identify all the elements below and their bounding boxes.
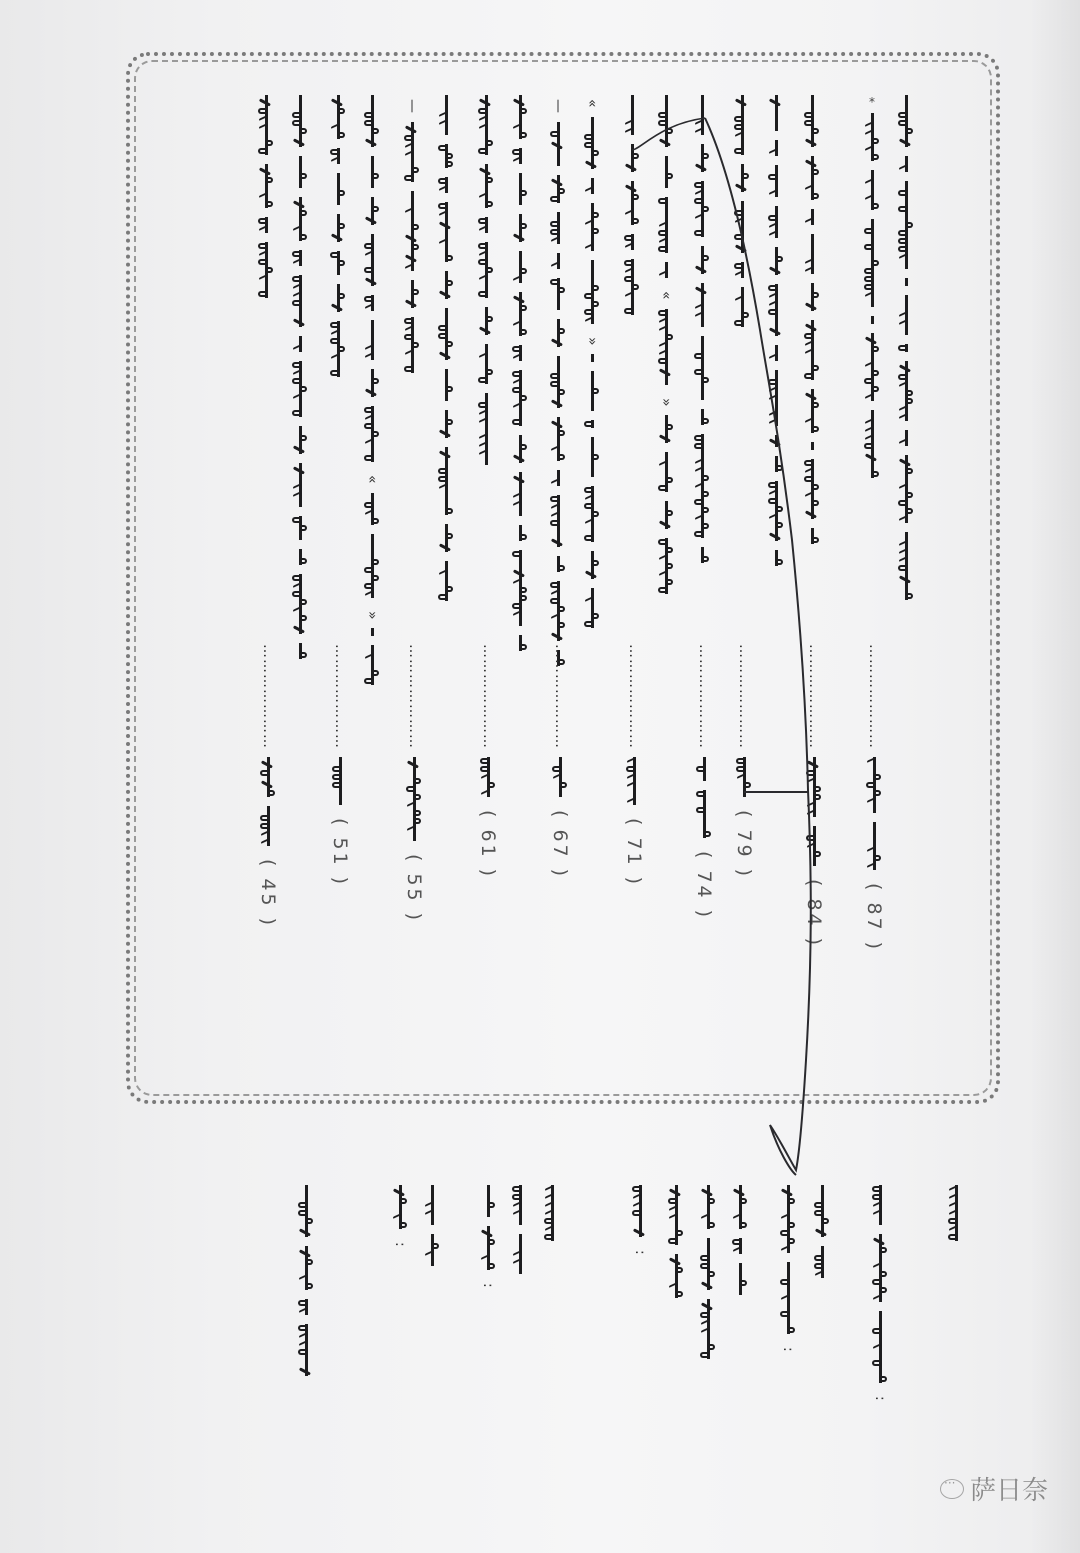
watermark: 萨日奈 <box>940 1470 1048 1507</box>
watermark-text: 萨日奈 <box>970 1470 1048 1507</box>
pen-annotation-line <box>0 0 1080 1553</box>
wechat-bubble-icon <box>940 1479 964 1499</box>
